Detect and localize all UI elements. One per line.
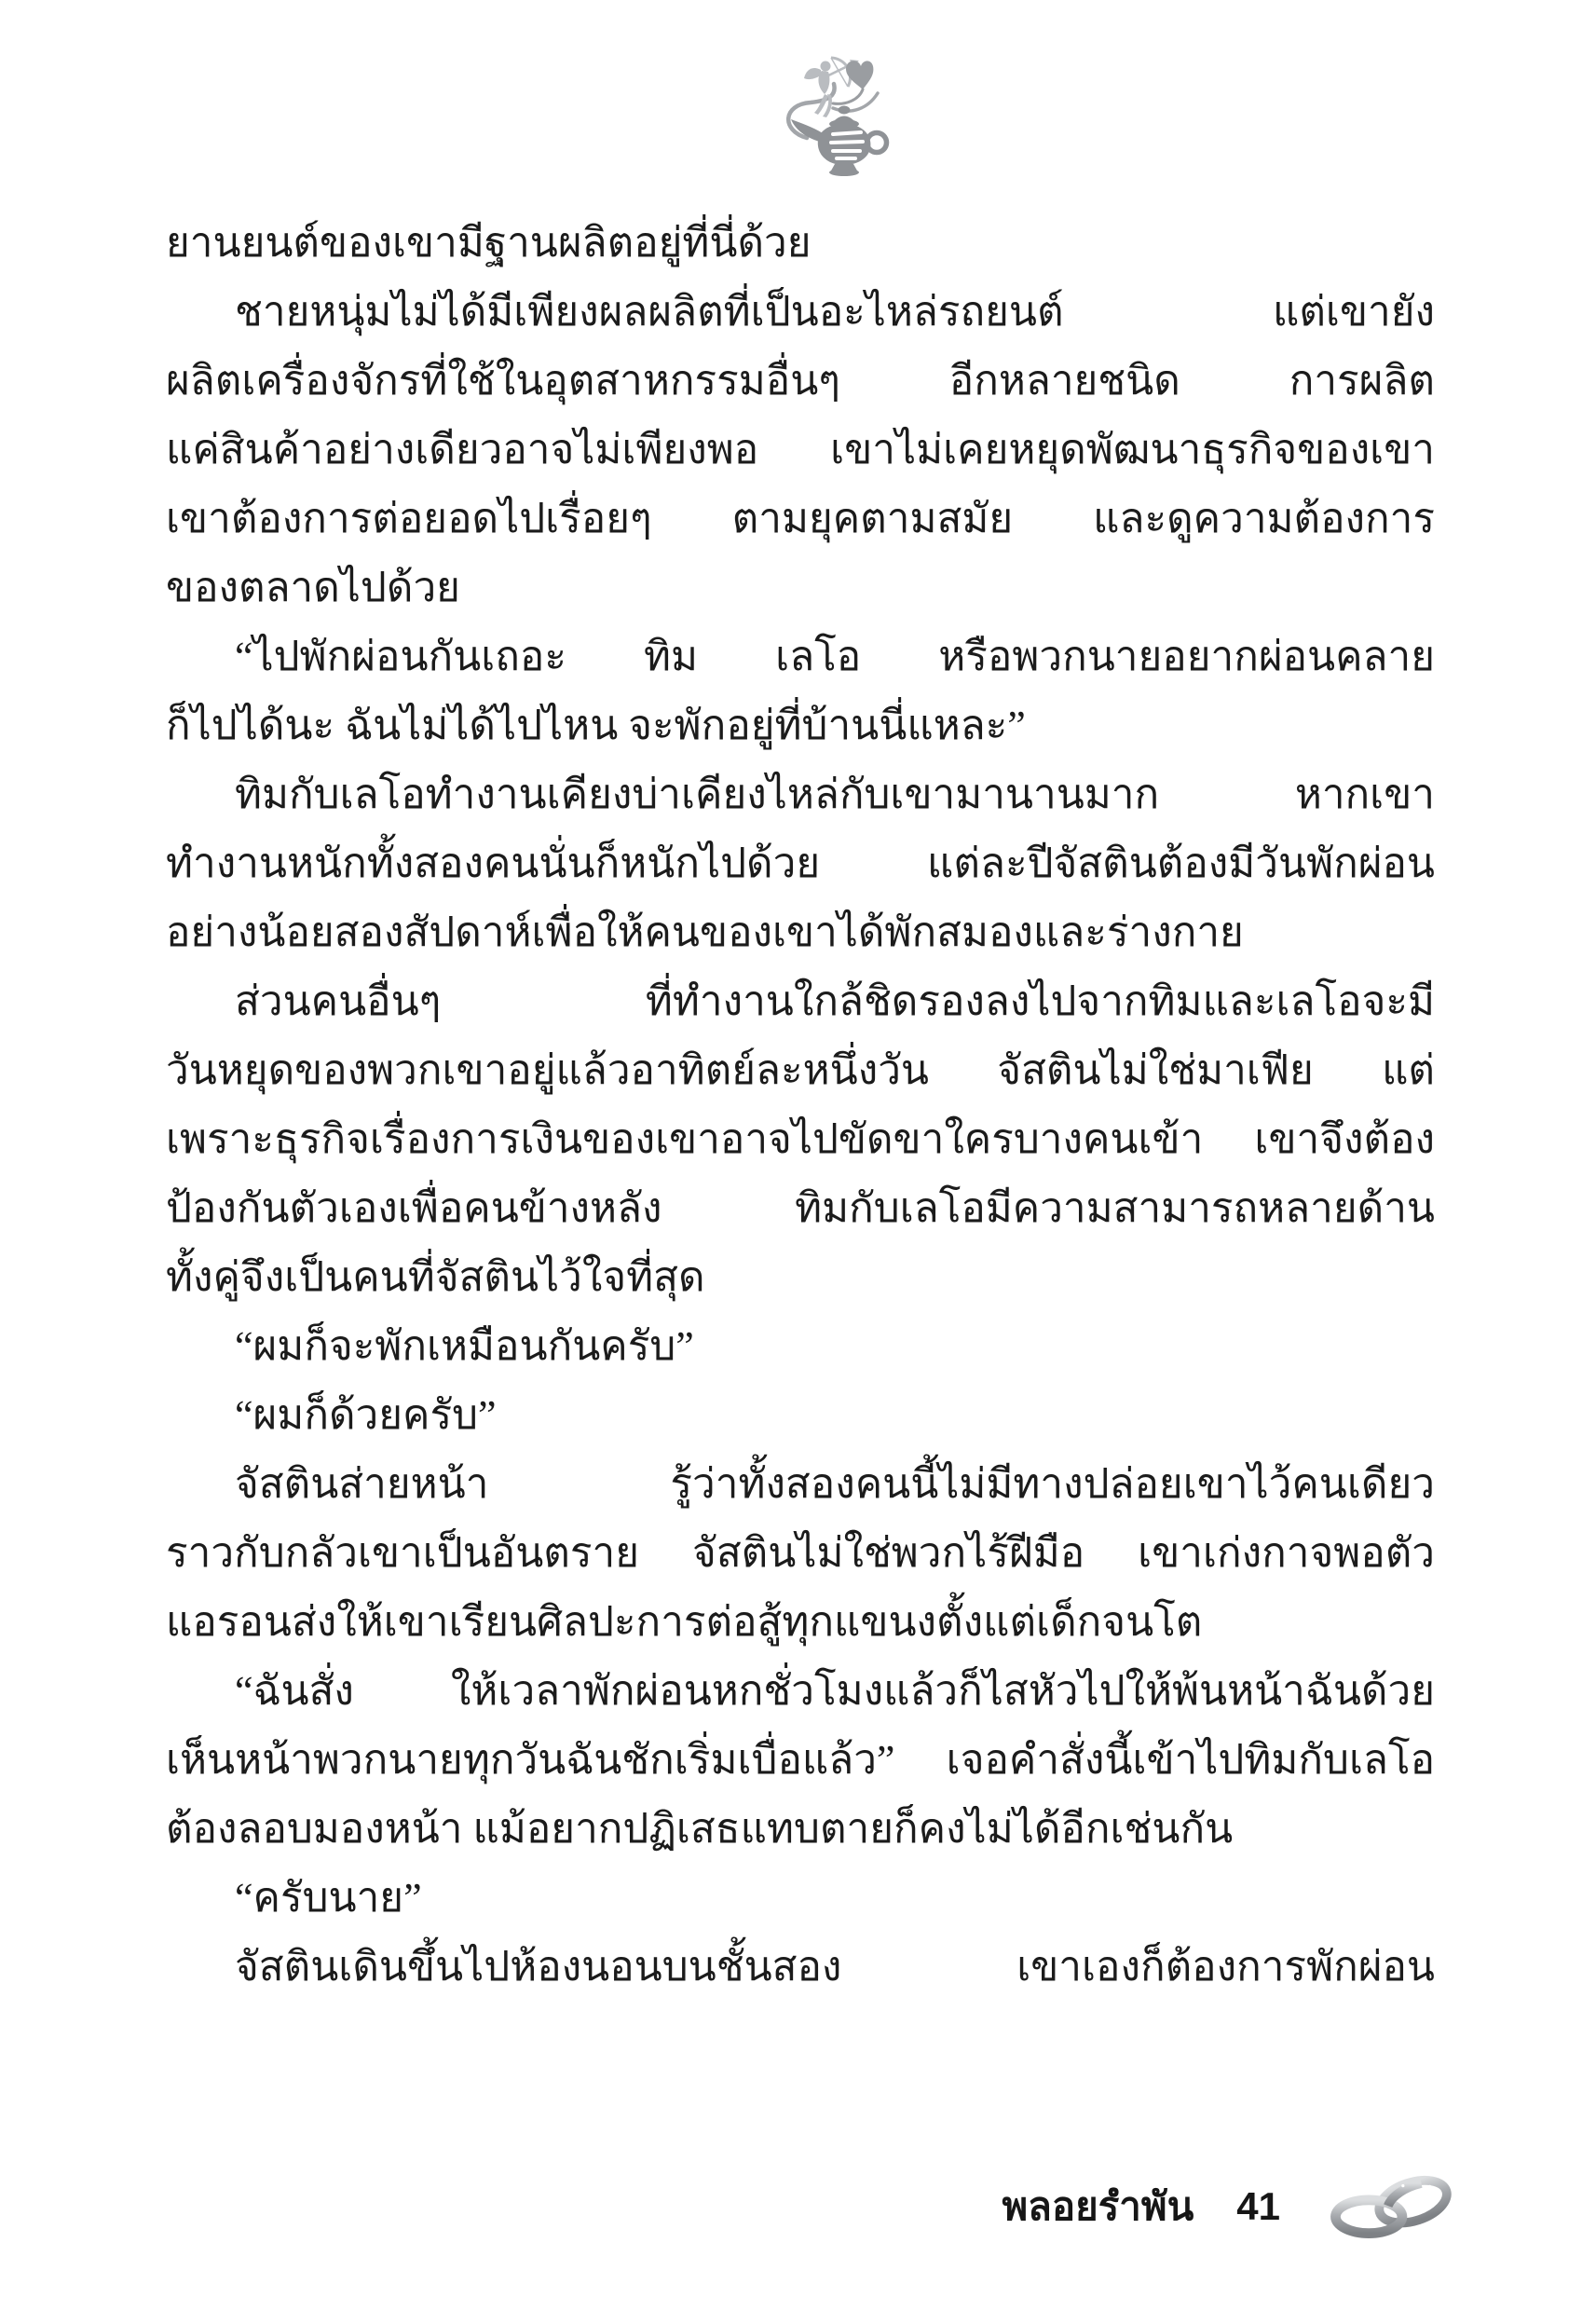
body-text: ยานยนต์ของเขามีฐานผลิตอยู่ที่นี่ด้วยชายห… xyxy=(166,209,1435,2002)
text-line: ส่วนคนอื่นๆ ที่ทำงานใกล้ชิดรองลงไปจากทิม… xyxy=(166,967,1435,1036)
text-line: ทำงานหนักทั้งสองคนนั่นก็หนักไปด้วย แต่ละ… xyxy=(166,829,1435,898)
text-line: วันหยุดของพวกเขาอยู่แล้วอาทิตย์ละหนึ่งวั… xyxy=(166,1036,1435,1105)
book-title: พลอยรำพัน xyxy=(1002,2176,1194,2237)
cupid-genie-lamp-icon xyxy=(779,50,891,177)
text-line: ยานยนต์ของเขามีฐานผลิตอยู่ที่นี่ด้วย xyxy=(166,209,1435,278)
text-line: “ไปพักผ่อนกันเถอะ ทิม เลโอ หรือพวกนายอยา… xyxy=(166,622,1435,691)
text-line: จัสตินเดินขึ้นไปห้องนอนบนชั้นสอง เขาเองก… xyxy=(166,1933,1435,2002)
text-line: เห็นหน้าพวกนายทุกวันฉันชักเริ่มเบื่อแล้ว… xyxy=(166,1726,1435,1795)
wedding-rings-icon xyxy=(1323,2165,1465,2249)
text-line: เขาต้องการต่อยอดไปเรื่อยๆ ตามยุคตามสมัย … xyxy=(166,485,1435,554)
text-line: “ฉันสั่ง ให้เวลาพักผ่อนหกชั่วโมงแล้วก็ไส… xyxy=(166,1657,1435,1726)
text-line: “ครับนาย” xyxy=(166,1864,1435,1933)
text-line: ต้องลอบมองหน้า แม้อยากปฏิเสธแทบตายก็คงไม… xyxy=(166,1795,1435,1864)
text-line: “ผมก็จะพักเหมือนกันครับ” xyxy=(166,1312,1435,1381)
text-line: ทั้งคู่จึงเป็นคนที่จัสตินไว้ใจที่สุด xyxy=(166,1243,1435,1312)
text-line: แอรอนส่งให้เขาเรียนศิลปะการต่อสู้ทุกแขนง… xyxy=(166,1588,1435,1657)
text-line: ชายหนุ่มไม่ได้มีเพียงผลผลิตที่เป็นอะไหล่… xyxy=(166,278,1435,347)
text-line: “ผมก็ด้วยครับ” xyxy=(166,1381,1435,1450)
text-line: ราวกับกลัวเขาเป็นอันตราย จัสตินไม่ใช่พวก… xyxy=(166,1519,1435,1588)
text-line: ป้องกันตัวเองเพื่อคนข้างหลัง ทิมกับเลโอม… xyxy=(166,1174,1435,1243)
page-number: 41 xyxy=(1236,2184,1280,2229)
text-line: ทิมกับเลโอทำงานเคียงบ่าเคียงไหล่กับเขามา… xyxy=(166,760,1435,829)
text-line: แค่สินค้าอย่างเดียวอาจไม่เพียงพอ เขาไม่เ… xyxy=(166,416,1435,485)
page-footer: พลอยรำพัน 41 xyxy=(0,2164,1465,2249)
text-line: เพราะธุรกิจเรื่องการเงินของเขาอาจไปขัดขา… xyxy=(166,1105,1435,1174)
text-line: จัสตินส่ายหน้า รู้ว่าทั้งสองคนนี้ไม่มีทา… xyxy=(166,1450,1435,1519)
text-line: ผลิตเครื่องจักรที่ใช้ในอุตสาหกรรมอื่นๆ อ… xyxy=(166,347,1435,416)
book-page: ยานยนต์ของเขามีฐานผลิตอยู่ที่นี่ด้วยชายห… xyxy=(0,0,1596,2311)
text-line: ของตลาดไปด้วย xyxy=(166,554,1435,622)
text-line: ก็ไปได้นะ ฉันไม่ได้ไปไหน จะพักอยู่ที่บ้า… xyxy=(166,691,1435,760)
text-line: อย่างน้อยสองสัปดาห์เพื่อให้คนของเขาได้พั… xyxy=(166,898,1435,967)
